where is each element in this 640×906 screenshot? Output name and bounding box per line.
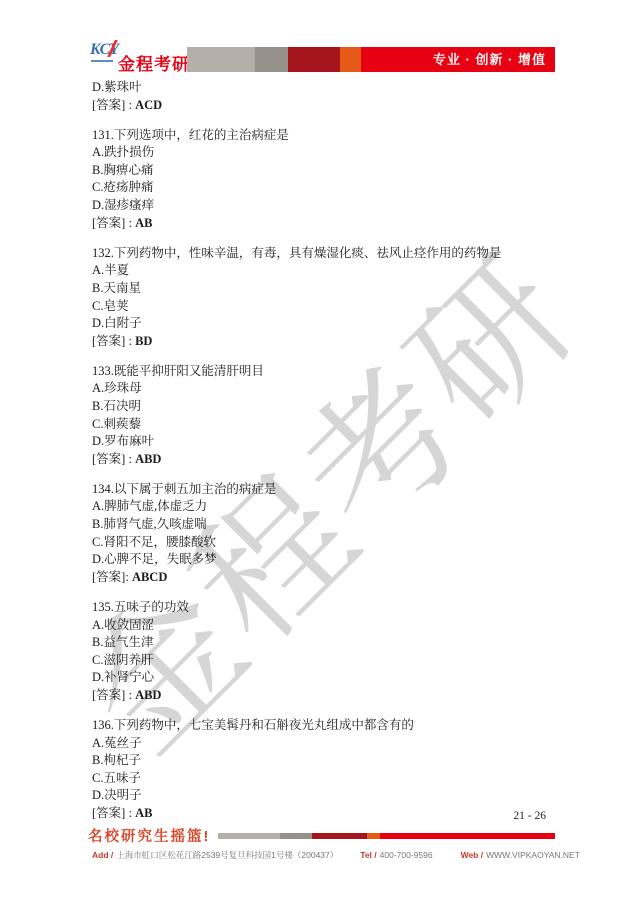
option-line: B.益气生津 — [92, 634, 564, 652]
question-block: 134.以下属于刺五加主治的病症是 A.脾肺气虚,体虚乏力 B.肺肾气虚,久咳虚… — [92, 481, 564, 587]
answer-line: [答案] : BD — [92, 333, 564, 351]
option-line: C.刺蒺藜 — [92, 416, 564, 434]
address-value: 上海市虹口区松花江路2539号复旦科技园1号楼（200437） — [116, 849, 338, 861]
option-line: C.五味子 — [92, 770, 564, 788]
option-line: C.滋阴养肝 — [92, 652, 564, 670]
address-label: Add / — [92, 850, 113, 860]
answer-label: [答案] : — [92, 452, 135, 466]
header-banner: 专业 · 创新 · 增值 — [187, 47, 555, 72]
banner-segment-orange — [340, 47, 361, 72]
footer-bar-segment-dark-red — [312, 833, 367, 839]
option-line: D.罗布麻叶 — [92, 433, 564, 451]
option-line: A.跌扑损伤 — [92, 144, 564, 162]
page-header: KCY 金程考研 专业 · 创新 · 增值 — [0, 0, 640, 80]
answer-value: ACD — [135, 98, 162, 112]
answer-value: AB — [135, 216, 152, 230]
option-line: D.补肾宁心 — [92, 669, 564, 687]
question-block: 135.五味子的功效 A.收敛固涩 B.益气生津 C.滋阴养肝 D.补肾宁心 [… — [92, 599, 564, 705]
contact-phone: Tel / 400-700-9596 — [360, 850, 432, 860]
answer-label: [答案] : — [92, 98, 135, 112]
answer-line: [答案] : ABD — [92, 687, 564, 705]
footer-slogan-row: 名校研究生摇篮! — [88, 827, 555, 844]
answer-line: [答案] : AB — [92, 215, 564, 233]
option-line: C.皂荚 — [92, 298, 564, 316]
website-value: WWW.VIPKAOYAN.NET — [486, 850, 580, 860]
brand-logo: KCY 金程考研 — [89, 39, 187, 73]
phone-label: Tel / — [360, 850, 376, 860]
footer-bar-segment-red — [380, 833, 555, 839]
website-label: Web / — [461, 850, 484, 860]
contact-website: Web / WWW.VIPKAOYAN.NET — [461, 850, 580, 860]
option-line: D.心脾不足，失眠多梦 — [92, 551, 564, 569]
answer-value: ABCD — [132, 570, 167, 584]
option-line: D.白附子 — [92, 315, 564, 333]
question-block: 132.下列药物中，性味辛温，有毒，具有燥湿化痰、祛风止痉作用的药物是 A.半夏… — [92, 245, 564, 351]
brand-name: 金程考研 — [118, 50, 190, 75]
option-line: B.胸痹心痛 — [92, 162, 564, 180]
document-page: 金程考研 KCY 金程考研 专业 · 创新 · 增值 D.紫珠叶 [答案] : … — [0, 0, 640, 906]
answer-label: [答案] : — [92, 688, 135, 702]
banner-segment-gray-light — [187, 47, 255, 72]
option-line: B.肺肾气虚,久咳虚喘 — [92, 516, 564, 534]
question-title: 134.以下属于刺五加主治的病症是 — [92, 481, 564, 499]
footer-bar — [218, 833, 555, 839]
answer-value: AB — [135, 806, 152, 820]
footer-contact: Add / 上海市虹口区松花江路2539号复旦科技园1号楼（200437） Te… — [92, 849, 562, 861]
option-line: C.肾阳不足，腰膝酸软 — [92, 534, 564, 552]
option-line: B.天南星 — [92, 280, 564, 298]
answer-label: [答案]: — [92, 570, 132, 584]
question-list: D.紫珠叶 [答案] : ACD 131.下列选项中，红花的主治病症是 A.跌扑… — [92, 79, 564, 835]
answer-value: ABD — [135, 452, 161, 466]
option-line: B.石决明 — [92, 398, 564, 416]
option-line: C.疮疡肿痛 — [92, 179, 564, 197]
option-line: A.菟丝子 — [92, 735, 564, 753]
option-line: A.脾肺气虚,体虚乏力 — [92, 498, 564, 516]
option-line: D.决明子 — [92, 787, 564, 805]
question-block: 136.下列药物中，七宝美髯丹和石斛夜光丸组成中都含有的 A.菟丝子 B.枸杞子… — [92, 717, 564, 823]
answer-line: [答案] : ACD — [92, 97, 564, 115]
option-line: A.珍珠母 — [92, 380, 564, 398]
banner-segment-dark-red — [288, 47, 340, 72]
option-line: D.紫珠叶 — [92, 79, 564, 97]
option-line: B.枸杞子 — [92, 752, 564, 770]
banner-segment-red: 专业 · 创新 · 增值 — [361, 47, 555, 72]
header-slogan: 专业 · 创新 · 增值 — [433, 52, 555, 67]
carryover-block: D.紫珠叶 [答案] : ACD — [92, 79, 564, 114]
contact-address: Add / 上海市虹口区松花江路2539号复旦科技园1号楼（200437） — [92, 849, 338, 861]
page-number: 21 - 26 — [513, 810, 546, 822]
footer-bar-segment-orange — [367, 833, 380, 839]
footer-bar-segment-gray-light — [218, 833, 280, 839]
question-title: 131.下列选项中，红花的主治病症是 — [92, 127, 564, 145]
question-block: 133.既能平抑肝阳又能清肝明目 A.珍珠母 B.石决明 C.刺蒺藜 D.罗布麻… — [92, 363, 564, 469]
logo-underline-icon — [91, 60, 113, 62]
answer-line: [答案] : ABD — [92, 451, 564, 469]
option-line: A.半夏 — [92, 262, 564, 280]
answer-value: ABD — [135, 688, 161, 702]
answer-value: BD — [135, 334, 152, 348]
option-line: D.湿疹瘙痒 — [92, 197, 564, 215]
answer-line: [答案]: ABCD — [92, 569, 564, 587]
footer-slogan: 名校研究生摇篮! — [88, 825, 210, 846]
phone-value: 400-700-9596 — [380, 850, 433, 860]
banner-segment-gray-dark — [255, 47, 288, 72]
question-title: 133.既能平抑肝阳又能清肝明目 — [92, 363, 564, 381]
question-title: 136.下列药物中，七宝美髯丹和石斛夜光丸组成中都含有的 — [92, 717, 564, 735]
answer-line: [答案] : AB — [92, 805, 564, 823]
question-title: 135.五味子的功效 — [92, 599, 564, 617]
question-block: 131.下列选项中，红花的主治病症是 A.跌扑损伤 B.胸痹心痛 C.疮疡肿痛 … — [92, 127, 564, 233]
answer-label: [答案] : — [92, 806, 135, 820]
option-line: A.收敛固涩 — [92, 617, 564, 635]
answer-label: [答案] : — [92, 216, 135, 230]
footer-bar-segment-gray-dark — [280, 833, 312, 839]
question-title: 132.下列药物中，性味辛温，有毒，具有燥湿化痰、祛风止痉作用的药物是 — [92, 245, 564, 263]
answer-label: [答案] : — [92, 334, 135, 348]
